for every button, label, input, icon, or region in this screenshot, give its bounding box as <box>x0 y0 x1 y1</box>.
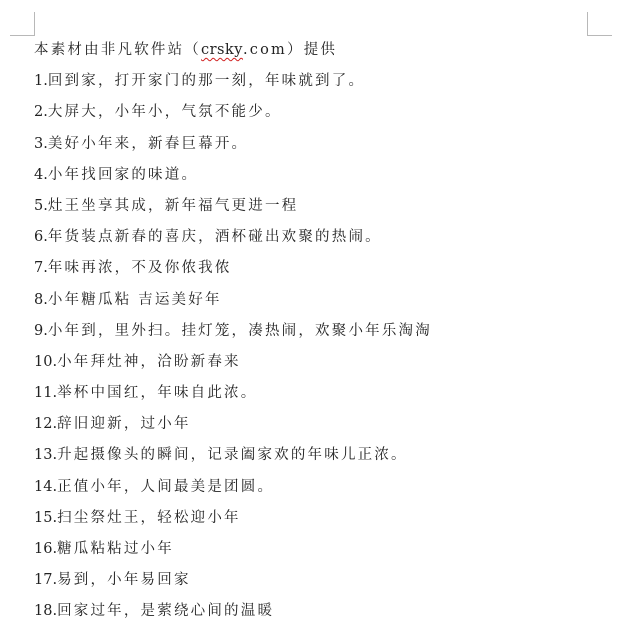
item-number: 17. <box>34 572 57 588</box>
item-text: 回家过年，是萦绕心间的温暖 <box>57 603 274 619</box>
item-number: 3. <box>34 136 48 152</box>
list-item: 18.回家过年，是萦绕心间的温暖 <box>34 600 619 631</box>
item-number: 18. <box>34 603 57 619</box>
item-number: 14. <box>34 479 57 495</box>
list-item: 12.辞旧迎新，过小年 <box>34 413 619 444</box>
item-number: 9. <box>34 323 48 339</box>
item-text: 举杯中国红，年味自此浓。 <box>57 385 257 401</box>
list-item: 13.升起摄像头的瞬间，记录阖家欢的年味儿正浓。 <box>34 444 619 475</box>
item-text: 美好小年来，新春巨幕开。 <box>48 136 248 152</box>
credit-text-suffix: .com）提供 <box>243 42 337 58</box>
item-number: 5. <box>34 198 48 214</box>
item-text: 易到，小年易回家 <box>57 572 191 588</box>
page-corner-mark-top-right <box>587 12 612 36</box>
item-text: 正值小年，人间最美是团圆。 <box>57 479 274 495</box>
list-item: 8.小年糖瓜粘 吉运美好年 <box>34 289 619 320</box>
list-item: 14.正值小年，人间最美是团圆。 <box>34 476 619 507</box>
list-item: 6.年货装点新春的喜庆，酒杯碰出欢聚的热闹。 <box>34 226 619 257</box>
item-text: 糖瓜粘粘过小年 <box>57 541 174 557</box>
item-number: 4. <box>34 167 48 183</box>
item-text: 辞旧迎新，过小年 <box>57 416 191 432</box>
credit-text-prefix: 本素材由非凡软件站（ <box>34 42 201 58</box>
list-item: 10.小年拜灶神，洽盼新春来 <box>34 351 619 382</box>
list-item: 15.扫尘祭灶王，轻松迎小年 <box>34 507 619 538</box>
item-text: 扫尘祭灶王，轻松迎小年 <box>57 510 241 526</box>
list-item: 7.年味再浓，不及你侬我侬 <box>34 257 619 288</box>
item-text: 年味再浓，不及你侬我侬 <box>48 260 232 276</box>
item-text: 回到家，打开家门的那一刻，年味就到了。 <box>48 73 365 89</box>
item-text: 年货装点新春的喜庆，酒杯碰出欢聚的热闹。 <box>48 229 382 245</box>
item-text: 小年拜灶神，洽盼新春来 <box>57 354 241 370</box>
item-number: 10. <box>34 354 57 370</box>
list-item: 5.灶王坐享其成，新年福气更进一程 <box>34 195 619 226</box>
list-item: 3.美好小年来，新春巨幕开。 <box>34 133 619 164</box>
list-item: 11.举杯中国红，年味自此浓。 <box>34 382 619 413</box>
item-number: 12. <box>34 416 57 432</box>
item-number: 1. <box>34 73 48 89</box>
item-number: 15. <box>34 510 57 526</box>
item-number: 11. <box>34 385 57 401</box>
page-corner-mark-top-left <box>10 12 35 36</box>
list-item: 4.小年找回家的味道。 <box>34 164 619 195</box>
item-number: 6. <box>34 229 48 245</box>
item-text: 大屏大，小年小，气氛不能少。 <box>48 104 282 120</box>
list-item: 1.回到家，打开家门的那一刻，年味就到了。 <box>34 70 619 101</box>
item-text: 小年找回家的味道。 <box>48 167 198 183</box>
source-credit-line: 本素材由非凡软件站（crsky.com）提供 <box>34 39 619 70</box>
list-item: 2.大屏大，小年小，气氛不能少。 <box>34 101 619 132</box>
item-number: 16. <box>34 541 57 557</box>
item-text: 小年糖瓜粘 吉运美好年 <box>48 292 222 308</box>
list-item: 17.易到，小年易回家 <box>34 569 619 600</box>
item-text: 灶王坐享其成，新年福气更进一程 <box>48 198 299 214</box>
item-text: 小年到，里外扫。挂灯笼，凑热闹，欢聚小年乐淘淘 <box>48 323 432 339</box>
document-body[interactable]: 本素材由非凡软件站（crsky.com）提供 1.回到家，打开家门的那一刻，年味… <box>34 39 619 632</box>
spellcheck-flagged-word[interactable]: crsky <box>201 42 243 58</box>
list-item: 9.小年到，里外扫。挂灯笼，凑热闹，欢聚小年乐淘淘 <box>34 320 619 351</box>
list-item: 16.糖瓜粘粘过小年 <box>34 538 619 569</box>
item-text: 升起摄像头的瞬间，记录阖家欢的年味儿正浓。 <box>57 447 408 463</box>
item-number: 2. <box>34 104 48 120</box>
item-number: 13. <box>34 447 57 463</box>
item-number: 8. <box>34 292 48 308</box>
item-number: 7. <box>34 260 48 276</box>
